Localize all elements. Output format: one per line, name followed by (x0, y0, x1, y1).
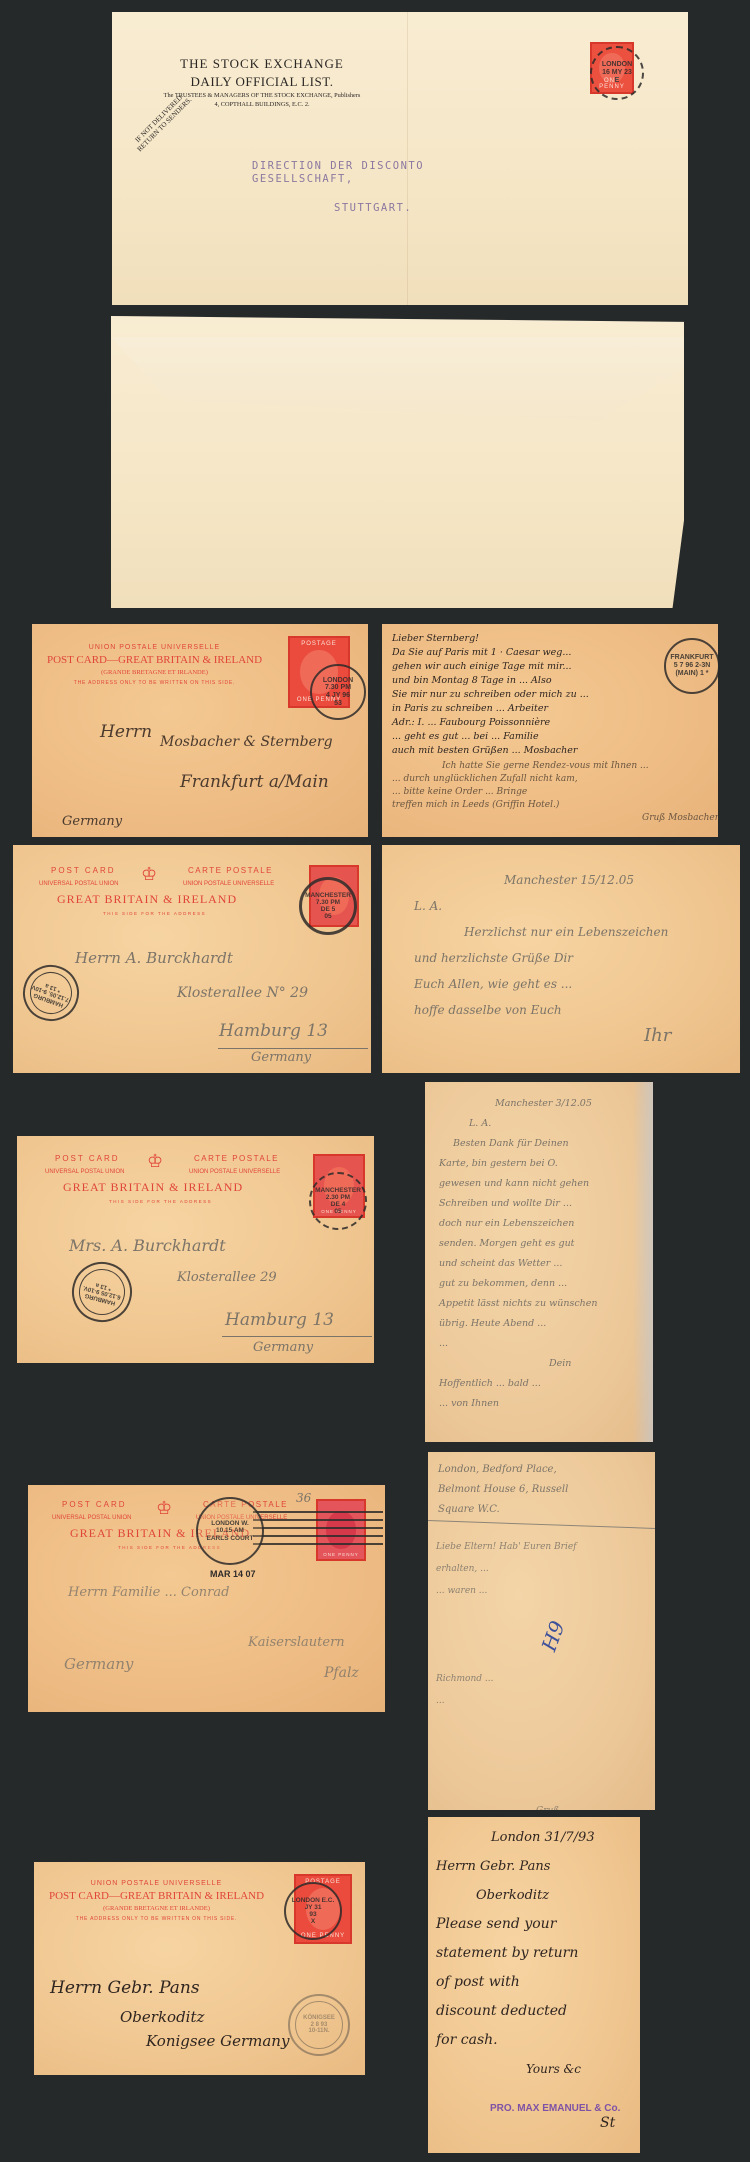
address-line: Frankfurt a/Main (180, 772, 329, 792)
message: London 31/7/93 Herrn Gebr. Pans Oberkodi… (436, 1823, 595, 2084)
postmark: LONDON 16 MY 23 E (590, 46, 644, 100)
address-line: Kaiserslautern (248, 1635, 345, 1650)
initials: St (600, 2115, 615, 2131)
address-line: Mosbacher & Sternberg (160, 734, 333, 750)
pencil-note: 36 (296, 1491, 311, 1505)
envelope-flap (111, 316, 684, 421)
machine-cancel-lines (253, 1511, 383, 1551)
underline (218, 1048, 368, 1049)
postcard-5-back: London 31/7/93 Herrn Gebr. Pans Oberkodi… (428, 1817, 640, 2153)
message: Manchester 15/12.05 L. A. Herzlichst nur… (414, 867, 671, 1049)
royal-crest-icon: ♔ (147, 1152, 163, 1170)
card-header: UNION POSTALE UNIVERSELLE POST CARD—GREA… (32, 644, 277, 686)
royal-crest-icon: ♔ (141, 865, 157, 883)
address-line: Hamburg 13 (225, 1310, 334, 1330)
divider (428, 1520, 655, 1529)
address-line: Klosterallee N° 29 (177, 985, 308, 1001)
postmark: FRANKFURT 5 7 96 2-3N (MAIN) 1 * (664, 638, 718, 694)
address-line: Herrn (100, 722, 152, 742)
postmark: LONDON 7.30 PM 4 JY 96 53 (310, 664, 366, 720)
address-line: Oberkoditz (120, 2008, 204, 2026)
address-line: Hamburg 13 (219, 1021, 328, 1041)
address-line: Germany (62, 814, 122, 829)
message: Lieber Sternberg! Da Sie auf Paris mit 1… (392, 632, 589, 758)
card-header: UNION POSTALE UNIVERSELLE POST CARD—GREA… (34, 1880, 279, 1922)
address-line: Herrn Gebr. Pans (50, 1978, 200, 1998)
postmark: MANCHESTER 2.30 PM DE 4 05 (309, 1172, 367, 1230)
message-postscript: Ich hatte Sie gerne Rendez-vous mit Ihne… (392, 760, 718, 825)
address-line: Herrn Familie ... Conrad (68, 1585, 229, 1600)
address-line: Germany (253, 1340, 313, 1355)
address-line: Klosterallee 29 (177, 1270, 277, 1285)
postcard-2-front: POST CARD ♔ CARTE POSTALE UNIVERSAL POST… (13, 845, 371, 1073)
receiving-postmark: HAMBURG 6.12.05 9-10V. * 13 a (65, 1255, 138, 1328)
postcard-3-front: POST CARD ♔ CARTE POSTALE UNIVERSAL POST… (17, 1136, 374, 1363)
postcard-2-back: Manchester 15/12.05 L. A. Herzlichst nur… (382, 845, 740, 1073)
message: Liebe Eltern! Hab' Euren Brief erhalten,… (436, 1536, 577, 1810)
header-subtitle: DAILY OFFICIAL LIST. (112, 74, 412, 90)
postmark: MANCHESTER 7.30 PM DE 5 05 (299, 877, 357, 935)
header-title: THE STOCK EXCHANGE (112, 56, 412, 72)
header-publisher: The TRUSTEES & MANAGERS OF THE STOCK EXC… (112, 92, 412, 99)
message: Manchester 3/12.05 L. A. Besten Dank für… (439, 1094, 598, 1414)
address-line: Herrn A. Burckhardt (75, 949, 233, 967)
paper-tint (633, 1082, 653, 1442)
postcard-5-front: UNION POSTALE UNIVERSELLE POST CARD—GREA… (34, 1862, 365, 2075)
address-line: Pfalz (324, 1665, 359, 1681)
address-line: Germany (64, 1655, 133, 1673)
postcard-1-back: FRANKFURT 5 7 96 2-3N (MAIN) 1 * Lieber … (382, 624, 718, 837)
machine-date: MAR 14 07 (210, 1569, 256, 1579)
envelope-front: THE STOCK EXCHANGE DAILY OFFICIAL LIST. … (112, 12, 688, 305)
postmark: LONDON E.C. JY 31 93 X (284, 1882, 342, 1940)
postcard-4-back: London, Bedford Place, Belmont House 6, … (428, 1452, 655, 1810)
address-line: Mrs. A. Burckhardt (69, 1236, 226, 1255)
postcard-4-front: POST CARD ♔ CARTE POSTALE UNIVERSAL POST… (28, 1485, 385, 1712)
receiving-postmark: KÖNIGSEE 2 8 93 10-11N. (288, 1994, 350, 2056)
address-line: Konigsee Germany (146, 2032, 289, 2050)
envelope-header: THE STOCK EXCHANGE DAILY OFFICIAL LIST. … (112, 56, 412, 108)
address-line: Germany (251, 1050, 311, 1065)
receiving-postmark: HAMBURG -7.12.05. 9-10V. * 13 a (15, 957, 87, 1029)
header-note: London, Bedford Place, Belmont House 6, … (438, 1460, 568, 1520)
company-handstamp: PRO. MAX EMANUEL & Co. (490, 2103, 620, 2114)
postcard-3-back: Manchester 3/12.05 L. A. Besten Dank für… (425, 1082, 653, 1442)
postcard-1-front: UNION POSTALE UNIVERSELLE POST CARD—GREA… (32, 624, 368, 837)
postmark: LONDON W. 10.15 AM EARLS COURT (196, 1497, 264, 1565)
royal-crest-icon: ♔ (156, 1499, 172, 1517)
underline (222, 1336, 372, 1337)
envelope-back (111, 316, 684, 608)
recipient-address: DIRECTION DER DISCONTO GESELLSCHAFT, STU… (252, 160, 424, 215)
header-address: 4, COPTHALL BUILDINGS, E.C. 2. (112, 101, 412, 108)
